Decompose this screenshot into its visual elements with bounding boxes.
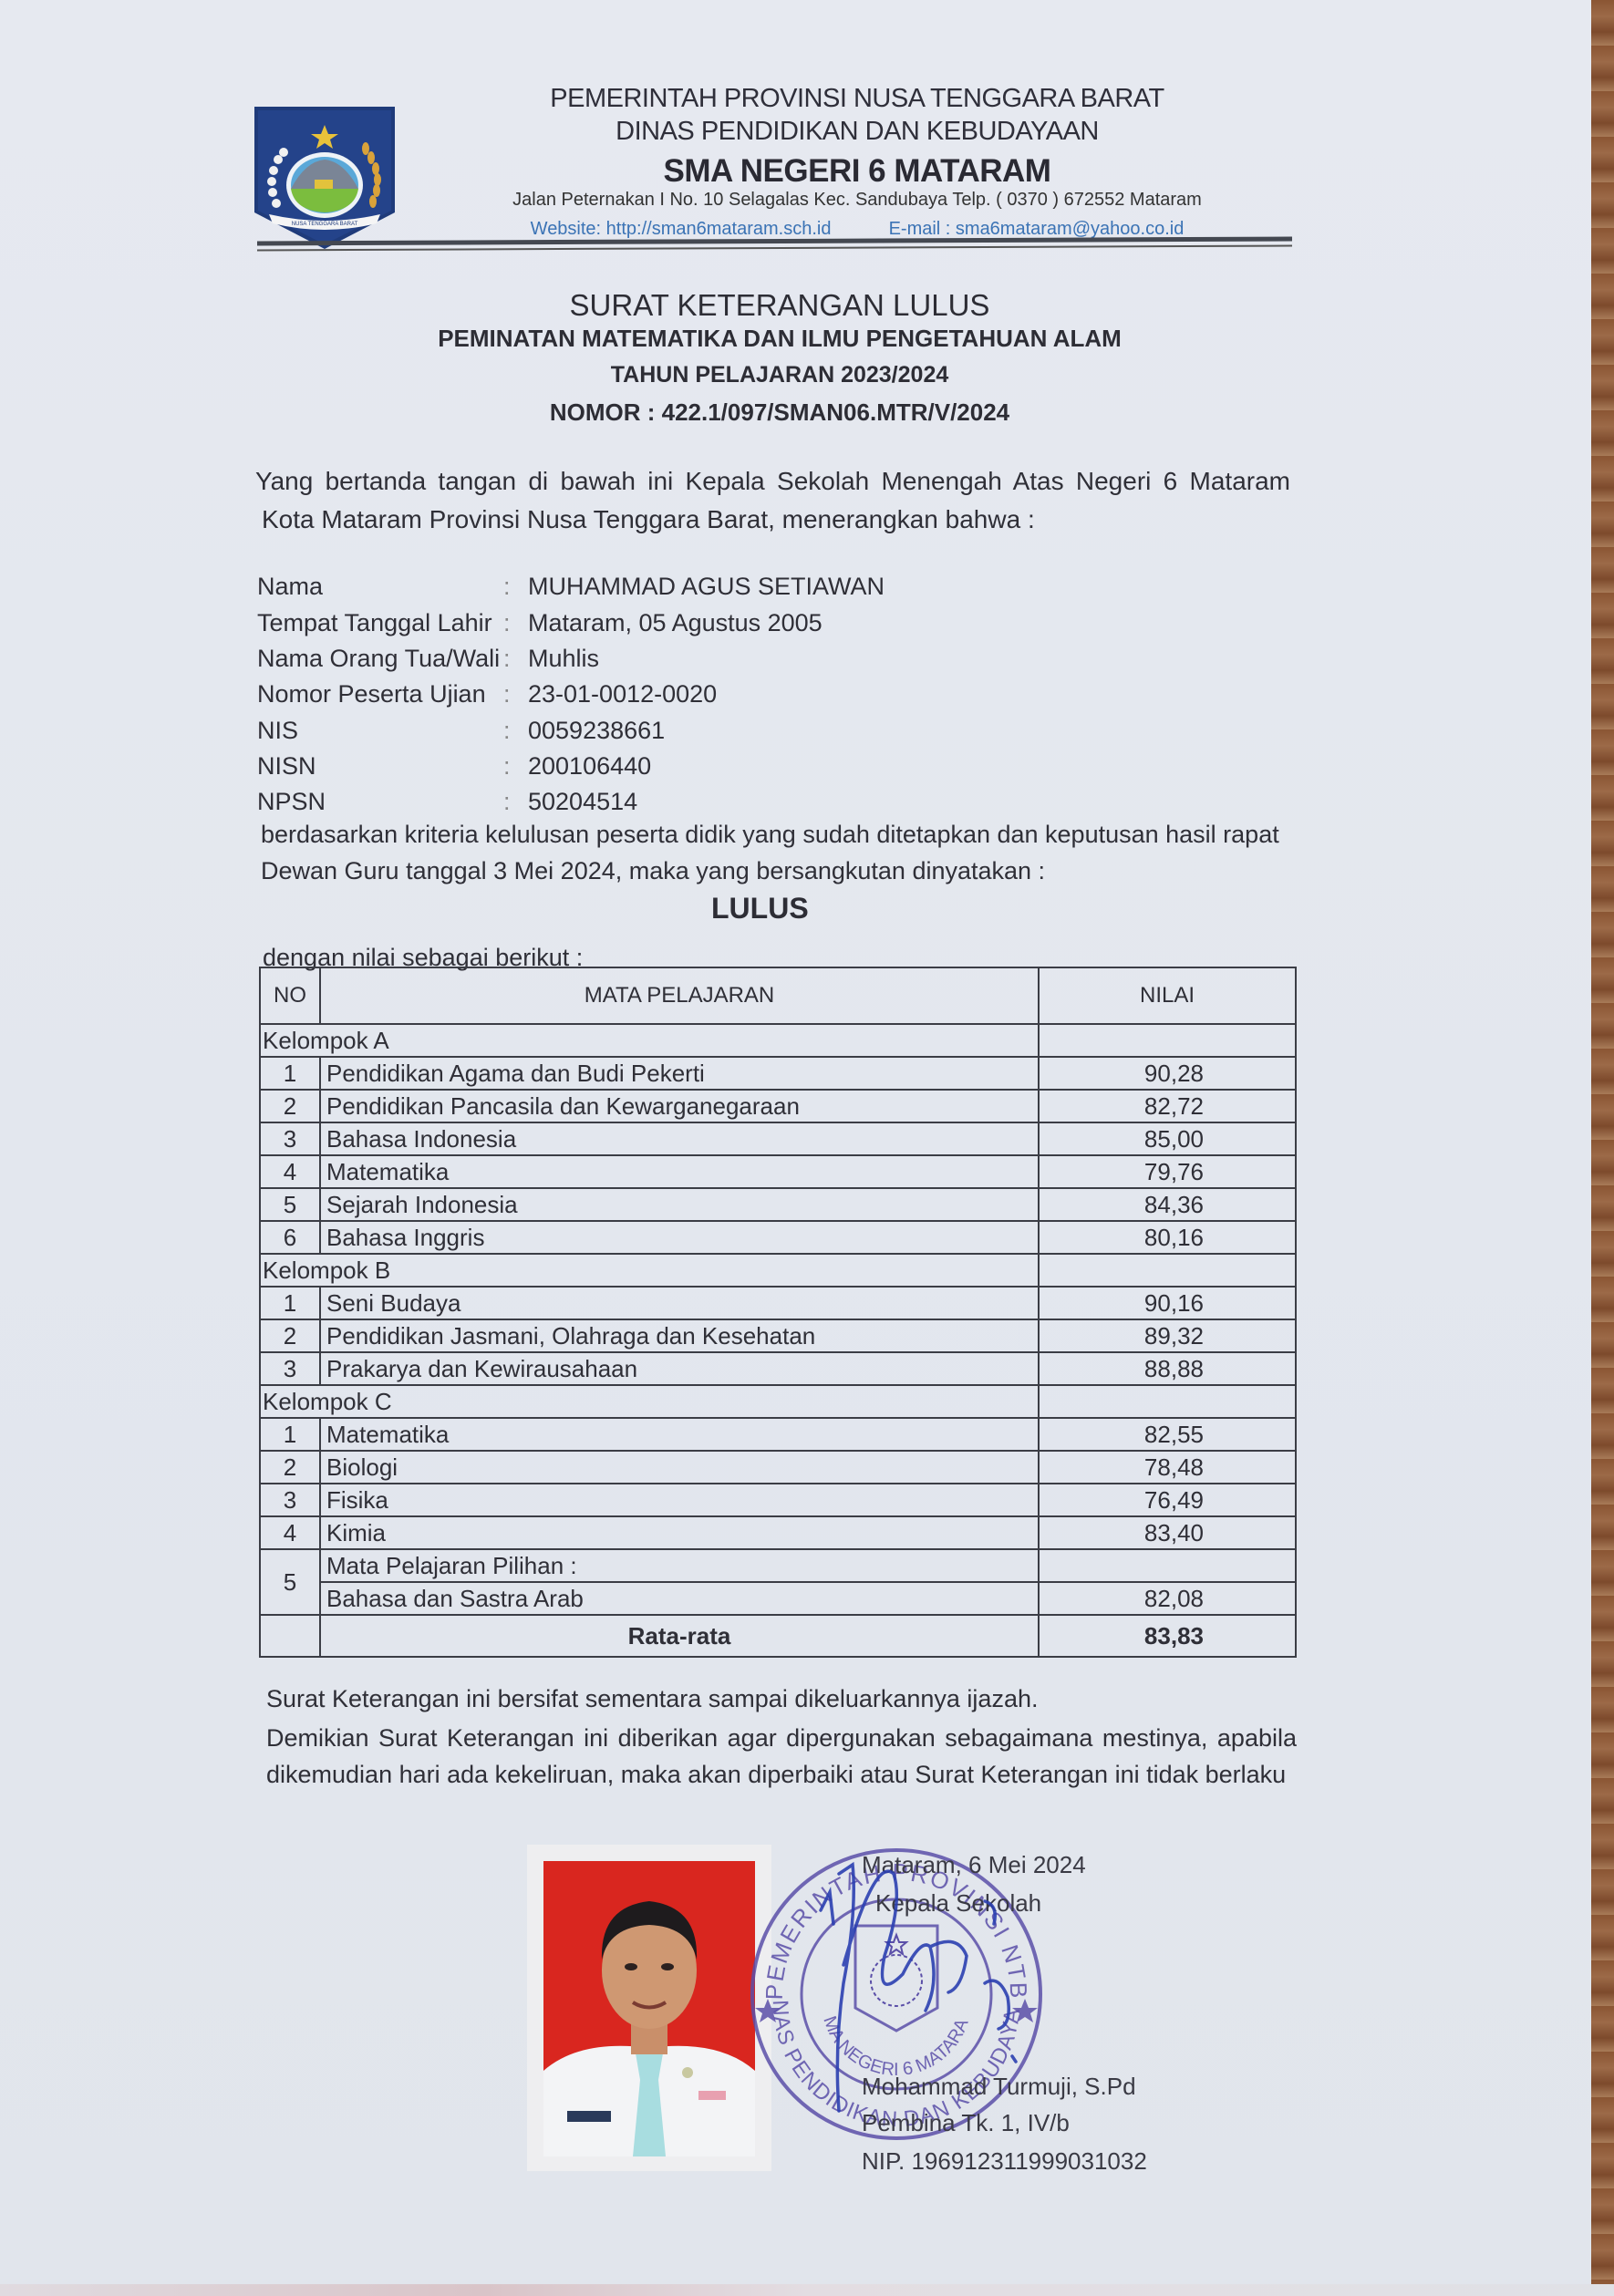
row-score: 90,28 — [1039, 1057, 1296, 1090]
group-row: Kelompok C — [260, 1385, 1296, 1418]
row-subject: Pendidikan Pancasila dan Kewarganegaraan — [320, 1090, 1039, 1122]
student-photo — [543, 1861, 755, 2156]
document-subtitle-peminatan: PEMINATAN MATEMATIKA DAN ILMU PENGETAHUA… — [438, 325, 1122, 353]
criteria-line-2: Dewan Guru tanggal 3 Mei 2024, maka yang… — [261, 853, 1296, 889]
student-portrait-icon — [543, 1861, 755, 2156]
table-row: 2Biologi78,48 — [260, 1451, 1296, 1484]
table-row: 4Matematika79,76 — [260, 1155, 1296, 1188]
background-strip — [0, 2284, 1614, 2296]
average-score: 83,83 — [1039, 1615, 1296, 1657]
identity-value: 50204514 — [528, 788, 637, 816]
row-score: 89,32 — [1039, 1319, 1296, 1352]
identity-value: Mataram, 05 Agustus 2005 — [528, 609, 823, 637]
identity-colon: : — [503, 752, 511, 781]
identity-colon: : — [503, 788, 511, 816]
row-score: 85,00 — [1039, 1122, 1296, 1155]
table-row: 1Seni Budaya90,16 — [260, 1287, 1296, 1319]
column-header-subject: MATA PELAJARAN — [320, 967, 1039, 1024]
intro-line-1: Yang bertanda tangan di bawah ini Kepala… — [255, 463, 1290, 500]
group-row: Kelompok B — [260, 1254, 1296, 1287]
average-no-empty — [260, 1615, 320, 1657]
row-subject: Bahasa Inggris — [320, 1221, 1039, 1254]
group-name: Kelompok A — [260, 1024, 1039, 1057]
website-link[interactable]: Website: http://sman6mataram.sch.id — [531, 219, 832, 239]
identity-label: NISN — [257, 752, 316, 781]
average-label: Rata-rata — [320, 1615, 1039, 1657]
row-subject: Kimia — [320, 1516, 1039, 1549]
identity-value: Muhlis — [528, 645, 599, 673]
row-number: 5 — [260, 1188, 320, 1221]
average-row: Rata-rata83,83 — [260, 1615, 1296, 1657]
row-number: 2 — [260, 1319, 320, 1352]
row-subject: Sejarah Indonesia — [320, 1188, 1039, 1221]
letterhead-school-name: SMA NEGERI 6 MATARAM — [492, 153, 1222, 190]
elective-label-score-empty — [1039, 1549, 1296, 1582]
document-subtitle-year: TAHUN PELAJARAN 2023/2024 — [438, 362, 1122, 388]
row-score: 82,55 — [1039, 1418, 1296, 1451]
letterhead-government: PEMERINTAH PROVINSI NUSA TENGGARA BARAT — [492, 84, 1222, 114]
svg-text:NUSA TENGGARA BARAT: NUSA TENGGARA BARAT — [292, 222, 358, 227]
row-subject: Prakarya dan Kewirausahaan — [320, 1352, 1039, 1385]
row-subject: Matematika — [320, 1155, 1039, 1188]
table-row: 3Prakarya dan Kewirausahaan88,88 — [260, 1352, 1296, 1385]
row-score: 79,76 — [1039, 1155, 1296, 1188]
row-score: 78,48 — [1039, 1451, 1296, 1484]
column-header-score: NILAI — [1039, 967, 1296, 1024]
row-number: 6 — [260, 1221, 320, 1254]
table-row: 2Pendidikan Pancasila dan Kewarganegaraa… — [260, 1090, 1296, 1122]
identity-colon: : — [503, 645, 511, 673]
elective-row-label: 5Mata Pelajaran Pilihan : — [260, 1549, 1296, 1582]
row-score: 76,49 — [1039, 1484, 1296, 1516]
row-subject: Pendidikan Jasmani, Olahraga dan Kesehat… — [320, 1319, 1039, 1352]
letterhead-department: DINAS PENDIDIKAN DAN KEBUDAYAAN — [492, 117, 1222, 147]
table-row: 5Sejarah Indonesia84,36 — [260, 1188, 1296, 1221]
table-row: 6Bahasa Inggris80,16 — [260, 1221, 1296, 1254]
identity-value: 0059238661 — [528, 717, 665, 745]
identity-colon: : — [503, 609, 511, 637]
criteria-line-1: berdasarkan kriteria kelulusan peserta d… — [261, 816, 1296, 853]
row-number: 1 — [260, 1418, 320, 1451]
row-subject: Bahasa dan Sastra Arab — [320, 1582, 1039, 1615]
row-number: 3 — [260, 1352, 320, 1385]
row-number: 2 — [260, 1451, 320, 1484]
group-score-empty — [1039, 1385, 1296, 1418]
identity-label: Tempat Tanggal Lahir — [257, 609, 492, 637]
row-subject: Seni Budaya — [320, 1287, 1039, 1319]
row-number: 2 — [260, 1090, 320, 1122]
group-score-empty — [1039, 1254, 1296, 1287]
identity-label: Nama — [257, 573, 323, 601]
row-subject: Fisika — [320, 1484, 1039, 1516]
signatory-nip: NIP. 196912311999031032 — [862, 2147, 1147, 2176]
group-name: Kelompok B — [260, 1254, 1039, 1287]
table-row: 3Bahasa Indonesia85,00 — [260, 1122, 1296, 1155]
row-number: 5 — [260, 1549, 320, 1615]
row-number: 1 — [260, 1057, 320, 1090]
row-subject: Bahasa Indonesia — [320, 1122, 1039, 1155]
identity-colon: : — [503, 680, 511, 708]
table-surface-edge — [1591, 0, 1614, 2296]
identity-label: Nama Orang Tua/Wali — [257, 645, 500, 673]
identity-label: NIS — [257, 717, 298, 745]
row-number: 4 — [260, 1516, 320, 1549]
group-name: Kelompok C — [260, 1385, 1039, 1418]
letterhead-address: Jalan Peternakan I No. 10 Selagalas Kec.… — [492, 190, 1222, 211]
intro-line-2: Kota Mataram Provinsi Nusa Tenggara Bara… — [262, 502, 1297, 538]
identity-colon: : — [503, 717, 511, 745]
closing-line-1: Demikian Surat Keterangan ini diberikan … — [266, 1720, 1297, 1756]
row-number: 4 — [260, 1155, 320, 1188]
handwritten-signature-icon — [802, 1837, 1112, 2147]
document-number: NOMOR : 422.1/097/SMAN06.MTR/V/2024 — [438, 398, 1122, 427]
table-row: 1Pendidikan Agama dan Budi Pekerti90,28 — [260, 1057, 1296, 1090]
row-number: 3 — [260, 1122, 320, 1155]
identity-value: 200106440 — [528, 752, 651, 781]
row-subject: Matematika — [320, 1418, 1039, 1451]
temporary-note: Surat Keterangan ini bersifat sementara … — [266, 1685, 1038, 1713]
row-score: 84,36 — [1039, 1188, 1296, 1221]
row-subject: Biologi — [320, 1451, 1039, 1484]
email-link[interactable]: E-mail : sma6mataram@yahoo.co.id — [889, 219, 1185, 239]
grades-table: NO MATA PELAJARAN NILAI Kelompok A1Pendi… — [259, 967, 1297, 1658]
elective-row-subject: Bahasa dan Sastra Arab82,08 — [260, 1582, 1296, 1615]
row-number: 3 — [260, 1484, 320, 1516]
ntb-province-crest-icon: NUSA TENGGARA BARAT — [251, 105, 398, 251]
column-header-no: NO — [260, 967, 320, 1024]
identity-value: MUHAMMAD AGUS SETIAWAN — [528, 573, 885, 601]
group-score-empty — [1039, 1024, 1296, 1057]
row-number: 1 — [260, 1287, 320, 1319]
identity-label: NPSN — [257, 788, 326, 816]
row-score: 82,72 — [1039, 1090, 1296, 1122]
row-score: 88,88 — [1039, 1352, 1296, 1385]
graduation-status: LULUS — [711, 892, 809, 926]
row-score: 90,16 — [1039, 1287, 1296, 1319]
group-row: Kelompok A — [260, 1024, 1296, 1057]
table-row: 1Matematika82,55 — [260, 1418, 1296, 1451]
row-score: 82,08 — [1039, 1582, 1296, 1615]
identity-colon: : — [503, 573, 511, 601]
identity-value: 23-01-0012-0020 — [528, 680, 717, 708]
row-subject: Pendidikan Agama dan Budi Pekerti — [320, 1057, 1039, 1090]
identity-label: Nomor Peserta Ujian — [257, 680, 486, 708]
table-row: 4Kimia83,40 — [260, 1516, 1296, 1549]
table-row: 2Pendidikan Jasmani, Olahraga dan Keseha… — [260, 1319, 1296, 1352]
row-score: 80,16 — [1039, 1221, 1296, 1254]
elective-label: Mata Pelajaran Pilihan : — [320, 1549, 1039, 1582]
document-title: SURAT KETERANGAN LULUS — [438, 288, 1122, 323]
table-row: 3Fisika76,49 — [260, 1484, 1296, 1516]
closing-line-2: dikemudian hari ada kekeliruan, maka aka… — [266, 1756, 1297, 1793]
row-score: 83,40 — [1039, 1516, 1296, 1549]
